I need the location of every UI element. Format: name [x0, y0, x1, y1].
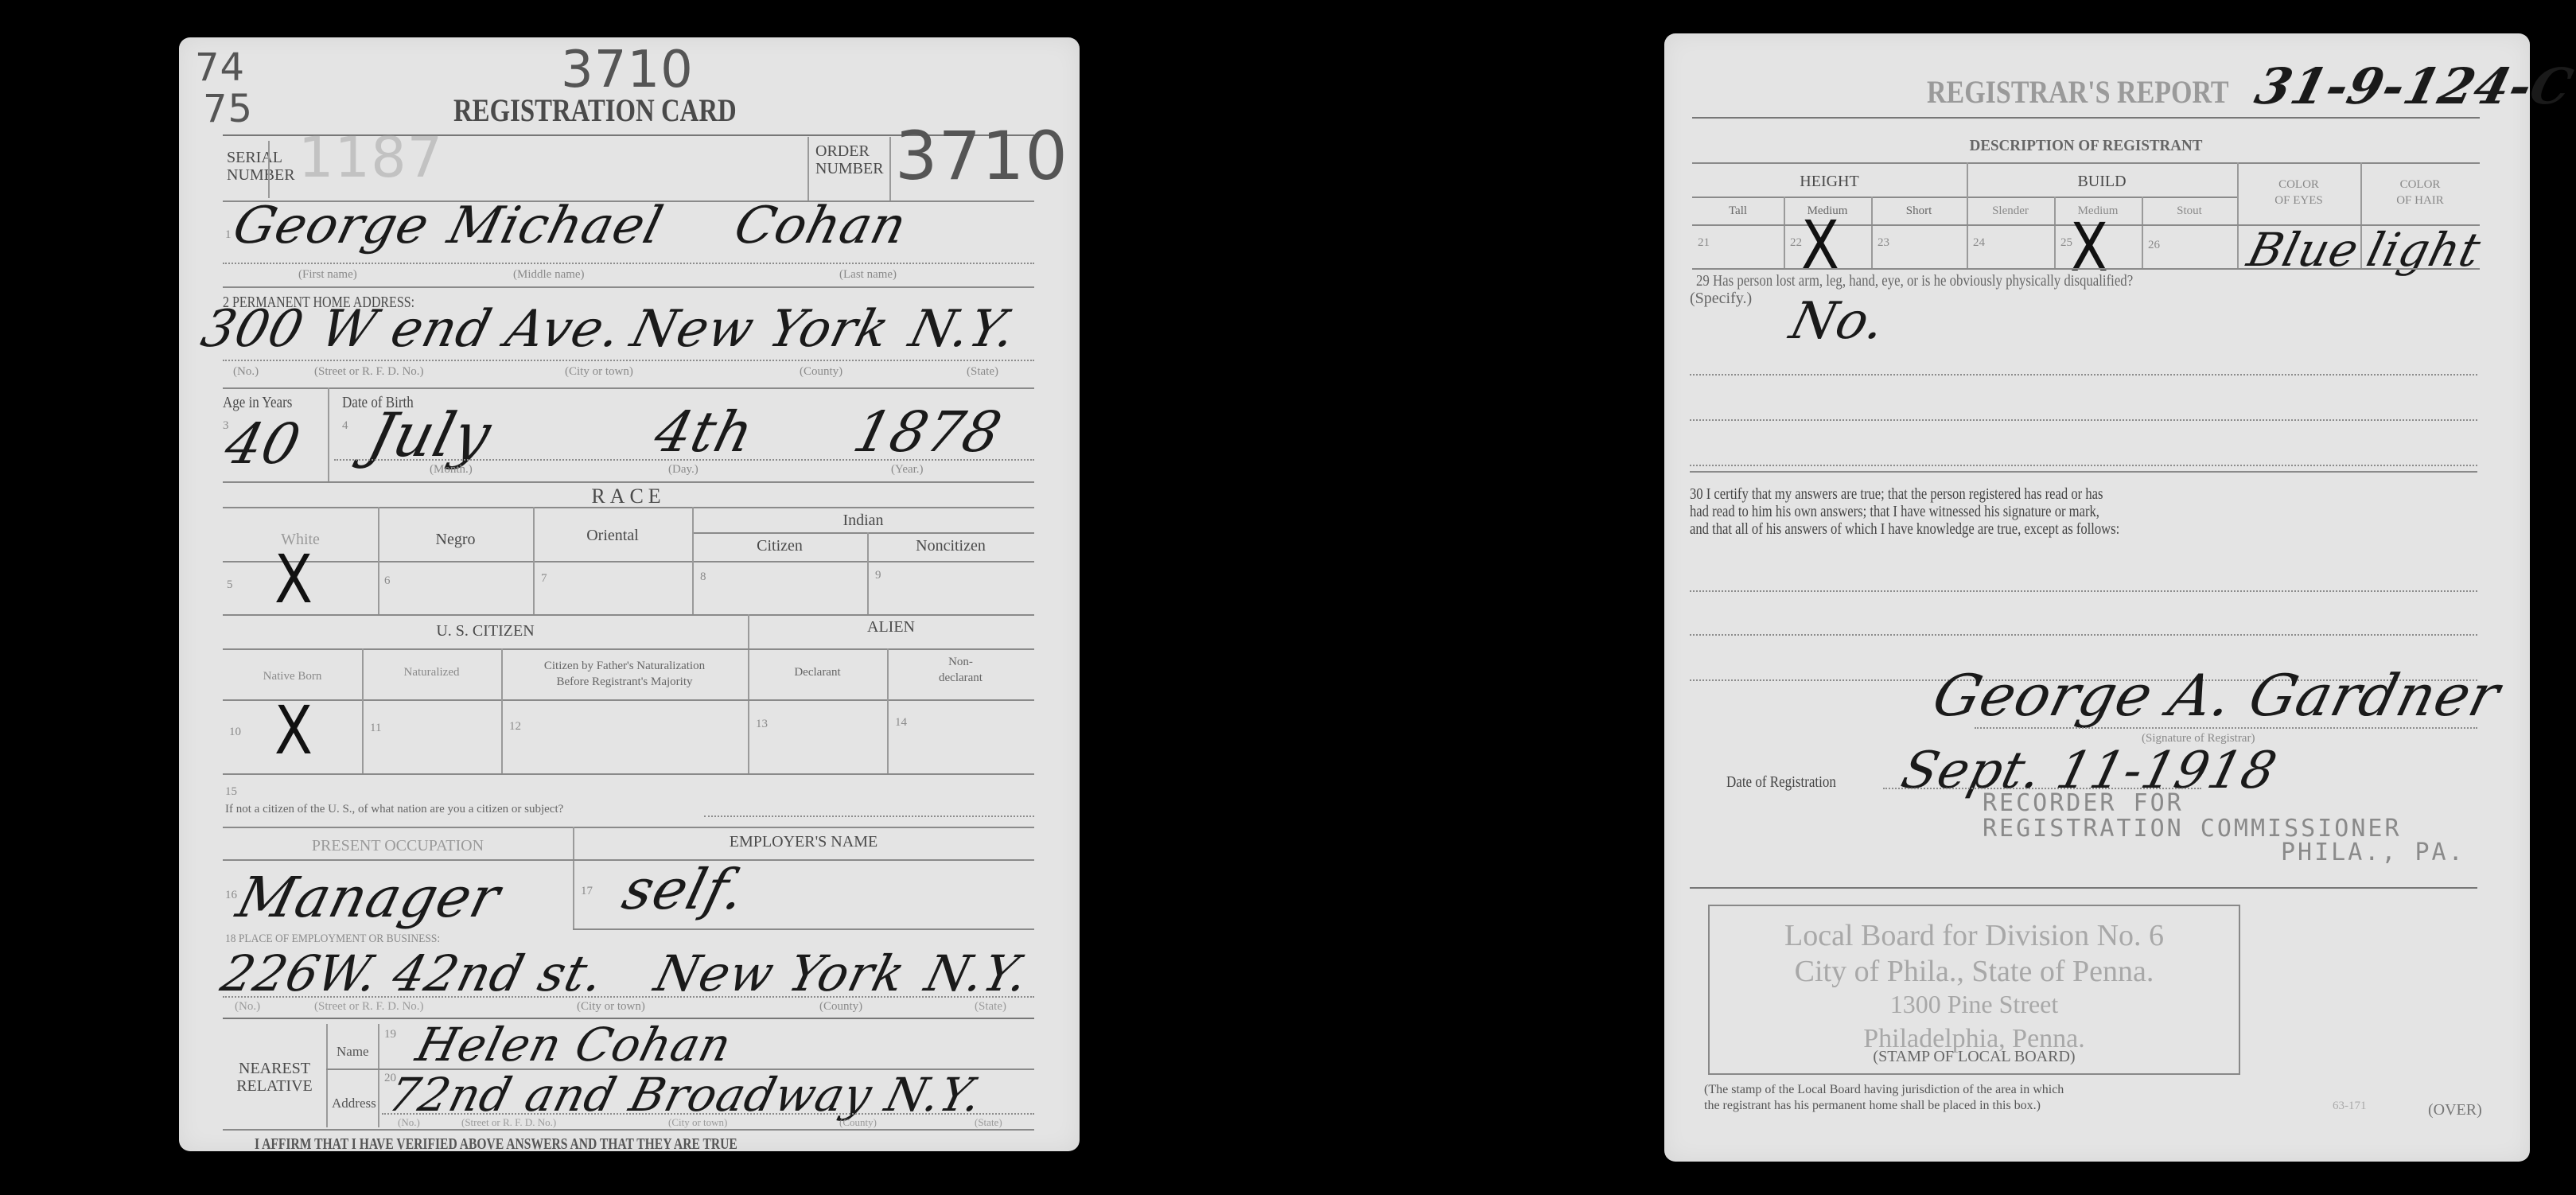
- divider: [2360, 162, 2362, 268]
- stamp-line-1: Local Board for Division No. 6: [1710, 918, 2239, 953]
- divider: [328, 387, 329, 481]
- divider: [223, 648, 1034, 650]
- field-number: 1: [225, 228, 232, 242]
- field-number: 22: [1790, 236, 1802, 250]
- field-number: 15: [225, 785, 237, 799]
- divider: [326, 1024, 328, 1127]
- relative-state-label: (State): [975, 1116, 1002, 1129]
- height-header: HEIGHT: [1692, 173, 1967, 191]
- non-declarant-label: Non- declarant: [887, 654, 1034, 686]
- stamp-line-3: 1300 Pine Street: [1710, 990, 2239, 1019]
- race-oriental-label: Oriental: [533, 527, 692, 545]
- divider: [501, 648, 503, 773]
- divider: [1690, 471, 2477, 473]
- address-street-label: (Street or R. F. D. No.): [314, 365, 424, 379]
- divider: [1692, 197, 2237, 198]
- divider: [807, 137, 809, 200]
- divider: [889, 137, 891, 200]
- divider: [692, 507, 694, 614]
- stamp-footnote: (The stamp of the Local Board having jur…: [1704, 1082, 2064, 1114]
- home-address-number: 300: [196, 300, 310, 359]
- answer-line: [1690, 419, 2477, 421]
- race-negro-label: Negro: [378, 531, 533, 549]
- field-number: 26: [2148, 239, 2160, 252]
- field-number: 5: [227, 578, 233, 592]
- local-board-stamp-box: Local Board for Division No. 6 City of P…: [1708, 905, 2240, 1075]
- dob-month-label: (Month.): [430, 463, 473, 477]
- pencil-annotation-75: 75: [203, 87, 253, 131]
- divider: [573, 928, 1034, 930]
- alien-header: ALIEN: [748, 618, 1034, 636]
- field-number: 10: [229, 726, 241, 739]
- employment-county-label: (County): [819, 1000, 862, 1014]
- height-tall-label: Tall: [1692, 204, 1784, 218]
- field-number: 7: [541, 572, 547, 586]
- serial-number-value: 1187: [298, 125, 443, 190]
- naturalized-label: Naturalized: [362, 666, 501, 679]
- rubber-stamp-line-1: RECORDER FOR: [1983, 789, 2184, 817]
- top-number-annotation: 3710: [561, 41, 694, 99]
- registrar-signature: George A. Gardner: [1927, 662, 2508, 729]
- home-address-state: N.Y.: [904, 300, 1022, 359]
- address-county-label: (County): [800, 365, 842, 379]
- answer-line: [1690, 590, 2477, 592]
- description-header: DESCRIPTION OF REGISTRANT: [1712, 137, 2461, 155]
- divider: [378, 507, 379, 614]
- divider: [223, 1129, 1034, 1131]
- address-state-label: (State): [967, 365, 998, 379]
- answer-line: [1690, 465, 2477, 466]
- divider: [692, 532, 1034, 534]
- dob-year: 1878: [847, 399, 1009, 465]
- divider: [223, 614, 1034, 616]
- us-citizen-header: U. S. CITIZEN: [223, 622, 748, 640]
- relative-city-label: (City or town): [668, 1116, 727, 1129]
- native-born-mark: X: [274, 691, 313, 769]
- stamp-caption: (STAMP OF LOCAL BOARD): [1710, 1048, 2239, 1066]
- registration-date-label: Date of Registration: [1726, 773, 1836, 792]
- divider: [268, 141, 270, 198]
- divider: [533, 507, 535, 614]
- employer-header: EMPLOYER'S NAME: [573, 833, 1034, 851]
- signature-line: [1975, 727, 2477, 729]
- field-number: 14: [895, 716, 907, 730]
- hair-color-label: COLOR OF HAIR: [2360, 177, 2480, 208]
- field-number: 11: [370, 722, 381, 735]
- registration-card: 74 75 3710 REGISTRATION CARD SERIAL NUMB…: [179, 37, 1080, 1151]
- build-stout-label: Stout: [2142, 204, 2237, 218]
- answer-line: [1690, 374, 2477, 376]
- field-number: 3: [223, 419, 229, 433]
- field-number: 24: [1973, 236, 1985, 250]
- stamp-line-2: City of Phila., State of Penna.: [1710, 954, 2239, 989]
- rubber-stamp-line-3: PHILA., PA.: [2281, 839, 2465, 866]
- divider: [223, 387, 1034, 389]
- employment-underline: [223, 996, 1034, 998]
- field-number: 9: [875, 569, 881, 582]
- foreign-nation-label: If not a citizen of the U. S., of what n…: [225, 803, 563, 816]
- native-born-label: Native Born: [223, 670, 362, 683]
- dob-day-label: (Day.): [668, 463, 698, 477]
- field-number: 13: [756, 718, 768, 731]
- name-underline: [223, 263, 1034, 264]
- declarant-label: Declarant: [748, 666, 887, 679]
- field-number: 8: [700, 570, 706, 584]
- race-header: RACE: [223, 485, 1034, 508]
- field-number: 6: [384, 574, 391, 588]
- divider: [223, 827, 1034, 828]
- relative-address-label: Address: [332, 1096, 376, 1111]
- employment-no-label: (No.): [235, 1000, 260, 1014]
- divider: [223, 481, 1034, 483]
- address-no-label: (No.): [233, 365, 259, 379]
- answer-line: [1690, 634, 2477, 636]
- divider: [2237, 162, 2239, 268]
- race-white-mark: X: [274, 540, 313, 618]
- divider: [887, 648, 889, 773]
- divider: [223, 773, 1034, 775]
- divider: [867, 532, 869, 614]
- last-name-label: (Last name): [839, 268, 897, 282]
- last-name-value: Cohan: [729, 197, 913, 255]
- address-underline: [223, 360, 1034, 361]
- employment-city: New York: [649, 944, 912, 1002]
- relative-county-label: (County): [839, 1116, 877, 1129]
- race-indian-noncitizen-label: Noncitizen: [867, 537, 1034, 555]
- field-number: 19: [384, 1028, 396, 1041]
- age-value: 40: [219, 411, 308, 477]
- over-label: (OVER): [2428, 1101, 2482, 1119]
- field-number: 23: [1878, 236, 1889, 250]
- employment-state-label: (State): [975, 1000, 1006, 1014]
- foreign-nation-underline: [704, 815, 1034, 817]
- divider: [378, 1024, 379, 1127]
- serial-number-label: SERIAL NUMBER: [227, 149, 295, 184]
- registrars-report-title: REGISTRAR'S REPORT: [1927, 73, 2228, 111]
- middle-name-label: (Middle name): [513, 268, 585, 282]
- home-address-city: New York: [625, 300, 896, 359]
- divider: [223, 699, 1034, 701]
- relative-street-label: (Street or R. F. D. No.): [461, 1116, 556, 1129]
- field-number: 4: [342, 419, 348, 433]
- employment-number: 226: [216, 944, 327, 1002]
- field-number: 12: [509, 720, 521, 734]
- height-short-label: Short: [1871, 204, 1967, 218]
- employment-state: N.Y.: [920, 944, 1035, 1002]
- fathers-naturalization-label: Citizen by Father's Naturalization Befor…: [501, 658, 748, 690]
- divider: [1692, 268, 2480, 270]
- order-number-label: ORDER NUMBER: [815, 142, 884, 177]
- card-title: REGISTRATION CARD: [453, 91, 737, 129]
- employment-city-label: (City or town): [577, 1000, 645, 1014]
- address-city-label: (City or town): [565, 365, 633, 379]
- relative-address-underline: [382, 1113, 1034, 1115]
- age-label: Age in Years: [223, 394, 292, 412]
- certification-text: 30 I certify that my answers are true; t…: [1690, 485, 2119, 538]
- divider: [223, 561, 1034, 562]
- divider: [1692, 117, 2480, 119]
- field-number: 17: [581, 885, 593, 898]
- build-slender-label: Slender: [1967, 204, 2054, 218]
- print-code: 63-171: [2333, 1100, 2367, 1113]
- middle-name-value: Michael: [442, 197, 669, 255]
- occupation-value: Manager: [231, 865, 507, 930]
- dob-year-label: (Year.): [891, 463, 924, 477]
- employment-street-label: (Street or R. F. D. No.): [314, 1000, 424, 1014]
- relative-name-label: Name: [337, 1044, 369, 1060]
- field-number: 21: [1698, 236, 1710, 250]
- report-annotation: 31-9-124-C: [2250, 57, 2576, 115]
- specify-label: (Specify.): [1690, 290, 1752, 308]
- dob-underline: [334, 459, 1034, 461]
- pencil-annotation-74: 74: [195, 45, 245, 90]
- occupation-header: PRESENT OCCUPATION: [223, 837, 573, 855]
- first-name-label: (First name): [298, 268, 357, 282]
- relative-no-label: (No.): [398, 1116, 420, 1129]
- divider: [362, 648, 364, 773]
- registrars-report-card: REGISTRAR'S REPORT 31-9-124-C DESCRIPTIO…: [1664, 33, 2530, 1162]
- employment-street: W. 42nd st.: [311, 944, 610, 1002]
- divider: [1690, 887, 2477, 889]
- divider: [573, 827, 574, 930]
- race-indian-citizen-label: Citizen: [692, 537, 867, 555]
- eye-color-label: COLOR OF EYES: [2237, 177, 2360, 208]
- first-name-value: George: [228, 197, 435, 255]
- divider: [223, 286, 1034, 288]
- employer-value: self.: [617, 857, 753, 922]
- physical-disqualification-question: 29 Has person lost arm, leg, hand, eye, …: [1696, 272, 2133, 290]
- field-number: 16: [225, 889, 237, 902]
- divider: [223, 859, 1034, 861]
- home-address-street: W end Ave.: [315, 300, 628, 359]
- divider: [748, 614, 749, 773]
- divider: [223, 507, 1034, 508]
- nearest-relative-label: NEAREST RELATIVE: [223, 1060, 326, 1095]
- dob-day: 4th: [648, 399, 761, 465]
- relative-name-value: Helen Cohan: [411, 1018, 737, 1072]
- build-header: BUILD: [1967, 173, 2237, 191]
- physical-disqualification-value: No.: [1784, 292, 1892, 351]
- indian-header: Indian: [692, 512, 1034, 530]
- order-number-value: 3710: [895, 117, 1068, 195]
